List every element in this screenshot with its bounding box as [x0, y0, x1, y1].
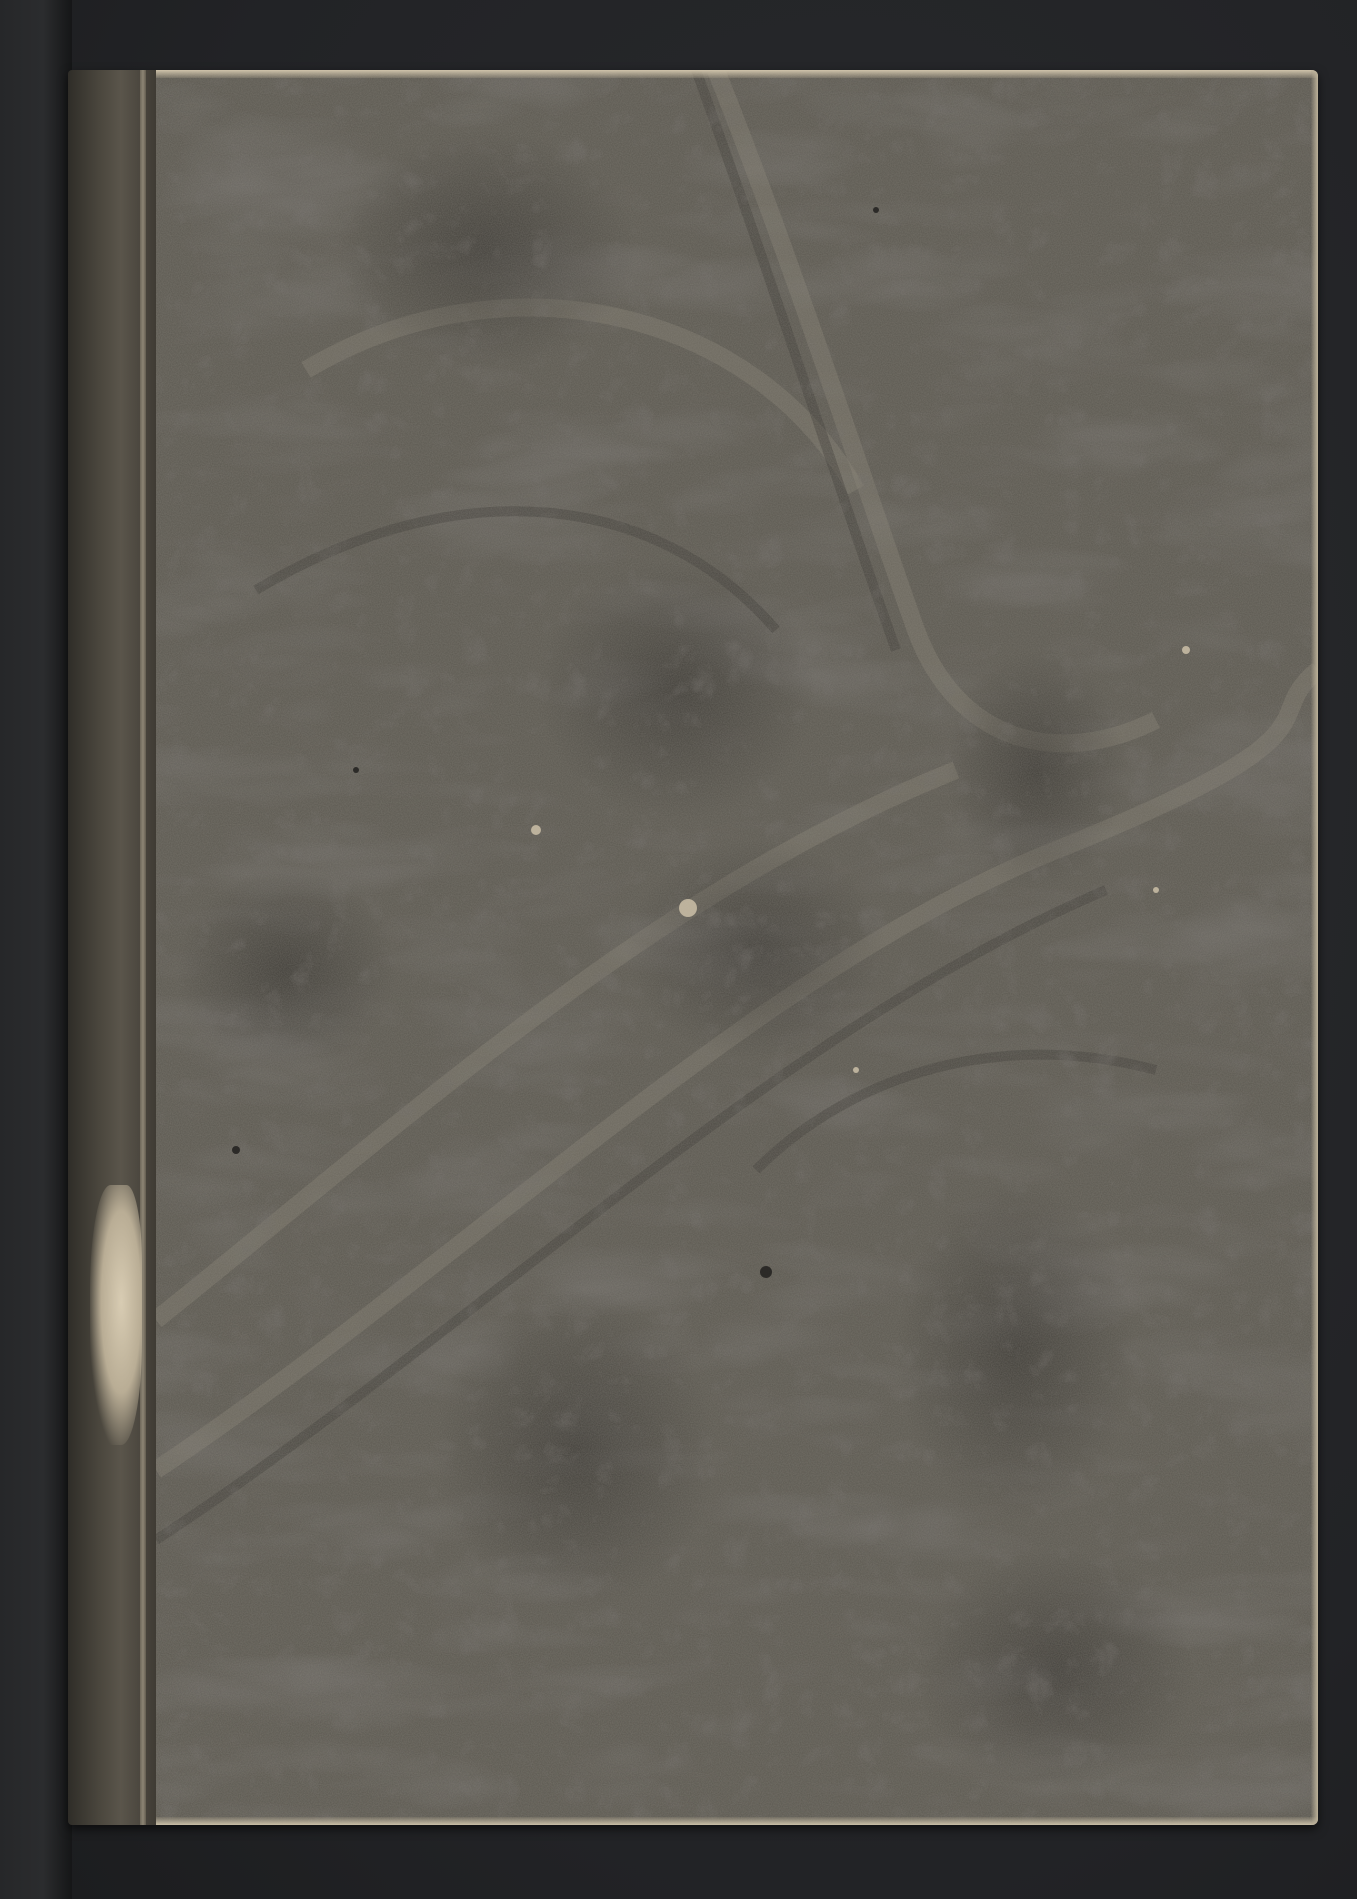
- spine-hinge: [140, 70, 146, 1825]
- marble-pattern: [156, 70, 1318, 1825]
- book: [68, 70, 1318, 1825]
- marbled-cover: [156, 70, 1318, 1825]
- background-left-panel: [0, 0, 72, 1899]
- cover-bottom-edge: [156, 1817, 1318, 1825]
- cover-top-edge: [156, 70, 1318, 78]
- cover-right-edge: [1311, 70, 1318, 1825]
- spine-tear: [90, 1185, 142, 1445]
